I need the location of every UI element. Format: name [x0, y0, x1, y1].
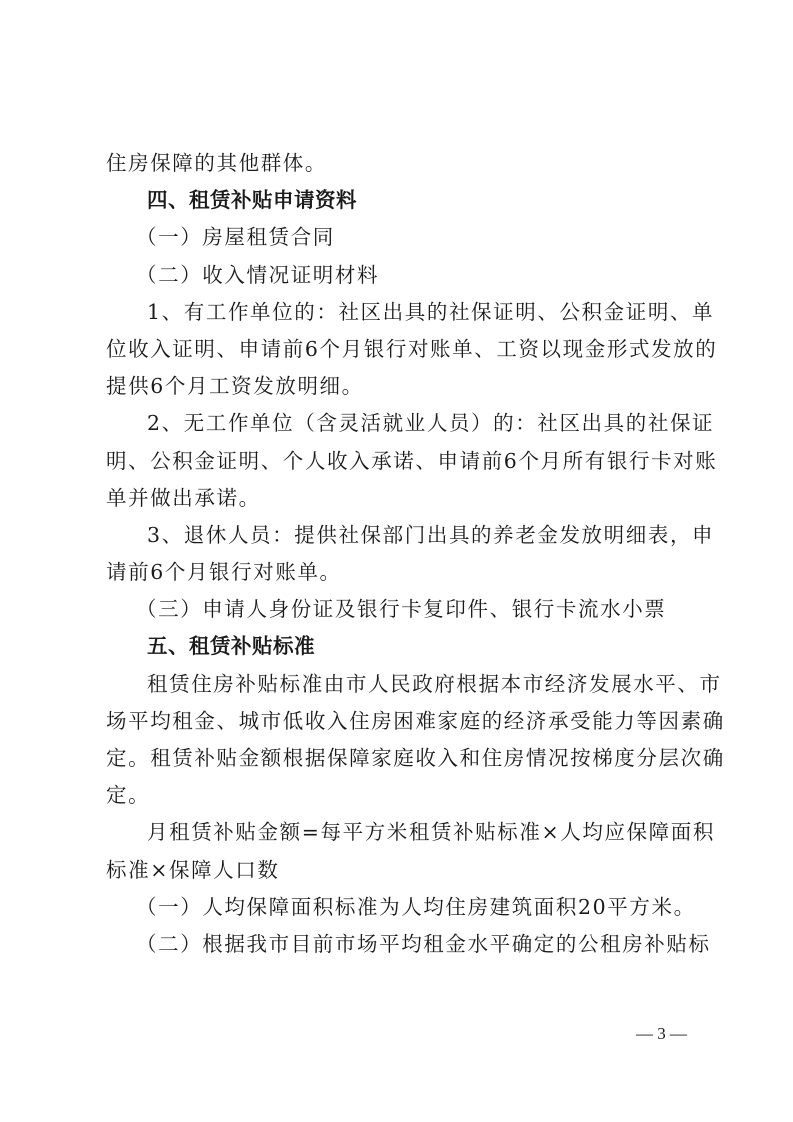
section-heading: 四、租赁补贴申请资料 — [106, 182, 690, 219]
text-line: 1、有工作单位的：社区出具的社保证明、公积金证明、单 — [106, 294, 690, 331]
page-number: — 3 — — [636, 1024, 687, 1044]
text-line: （二）根据我市目前市场平均租金水平确定的公租房补贴标 — [106, 926, 690, 963]
text-line: 2、无工作单位（含灵活就业人员）的：社区出具的社保证 — [106, 405, 690, 442]
text-line: 定。租赁补贴金额根据保障家庭收入和住房情况按梯度分层次确 — [106, 740, 690, 777]
text-line: 月租赁补贴金额=每平方米租赁补贴标准×人均应保障面积 — [106, 814, 690, 851]
text-line: 请前6个月银行对账单。 — [106, 554, 690, 591]
text-line: （三）申请人身份证及银行卡复印件、银行卡流水小票 — [106, 591, 690, 628]
text-line: 3、退休人员：提供社保部门出具的养老金发放明细表，申 — [106, 517, 690, 554]
body-text: 住房保障的其他群体。四、租赁补贴申请资料（一）房屋租赁合同（二）收入情况证明材料… — [106, 145, 690, 963]
text-line: 住房保障的其他群体。 — [106, 145, 690, 182]
text-line: 提供6个月工资发放明细。 — [106, 368, 690, 405]
text-line: （二）收入情况证明材料 — [106, 257, 690, 294]
document-page: 住房保障的其他群体。四、租赁补贴申请资料（一）房屋租赁合同（二）收入情况证明材料… — [0, 0, 793, 1122]
text-line: （一）房屋租赁合同 — [106, 219, 690, 256]
text-line: （一）人均保障面积标准为人均住房建筑面积20平方米。 — [106, 889, 690, 926]
text-line: 单并做出承诺。 — [106, 480, 690, 517]
text-line: 位收入证明、申请前6个月银行对账单、工资以现金形式发放的 — [106, 331, 690, 368]
text-line: 标准×保障人口数 — [106, 852, 690, 889]
text-line: 定。 — [106, 777, 690, 814]
text-line: 租赁住房补贴标准由市人民政府根据本市经济发展水平、市 — [106, 666, 690, 703]
text-line: 明、公积金证明、个人收入承诺、申请前6个月所有银行卡对账 — [106, 443, 690, 480]
text-line: 场平均租金、城市低收入住房困难家庭的经济承受能力等因素确 — [106, 703, 690, 740]
section-heading: 五、租赁补贴标准 — [106, 628, 690, 665]
